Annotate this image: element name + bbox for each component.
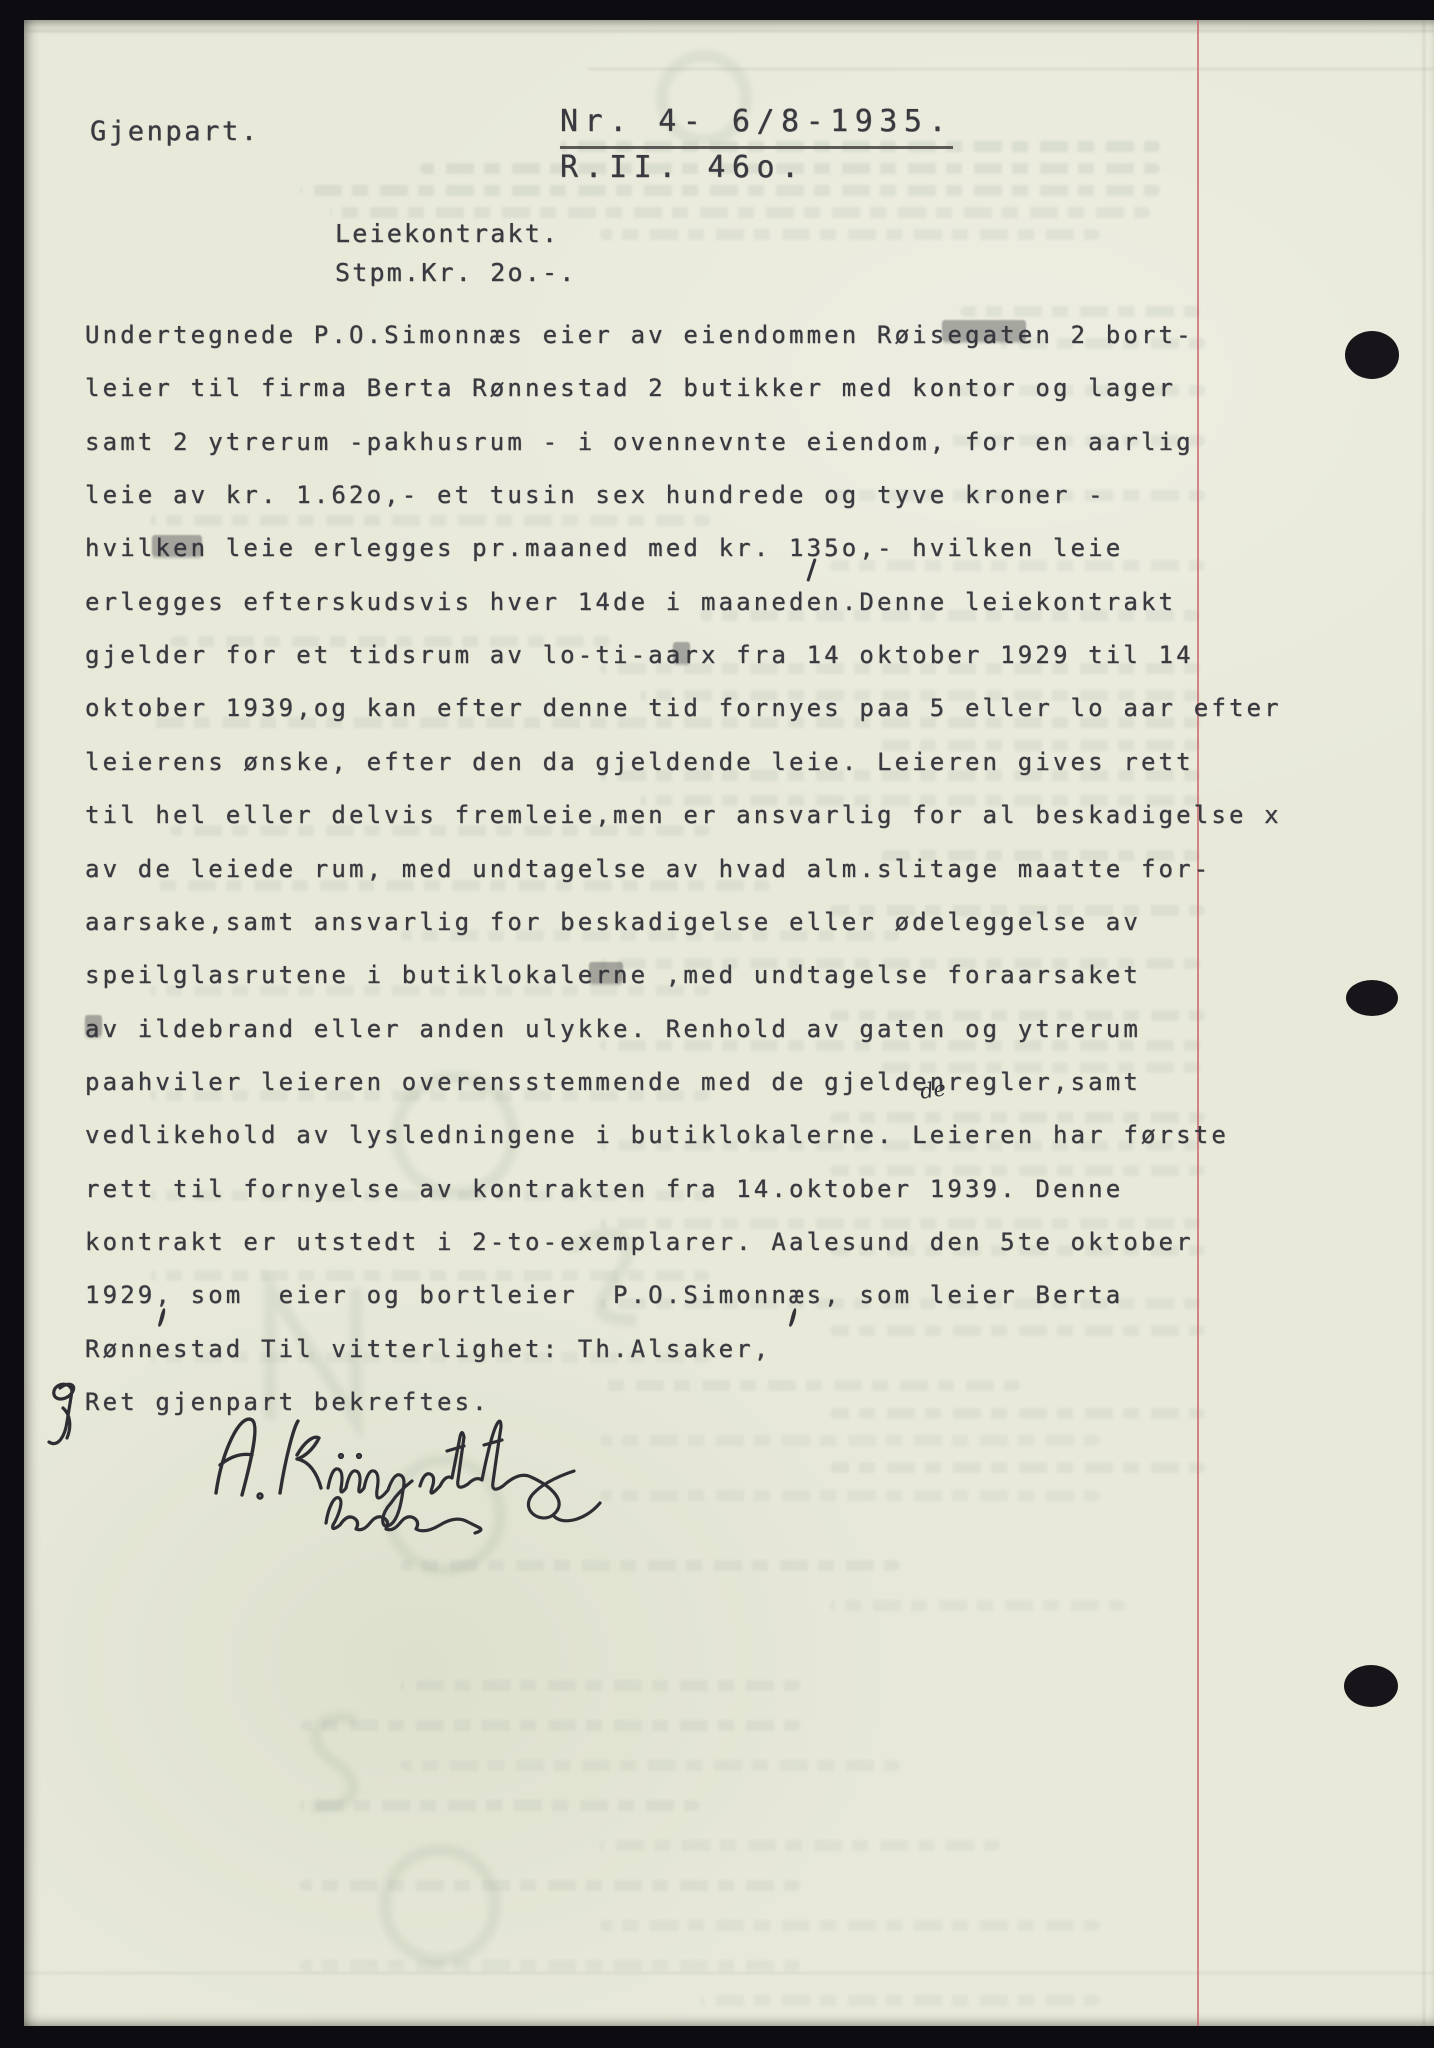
punch-hole [1346,980,1398,1016]
bleedthrough-row [600,1920,1100,1931]
bleedthrough-row [830,1462,1205,1473]
copy-label: Gjenpart. [90,116,260,147]
document-line: oktober 1939,og kan efter denne tid forn… [85,693,1282,723]
document-line: paahviler leieren overensstemmende med d… [85,1067,1141,1097]
bleedthrough-row [600,1840,1000,1851]
journal-number: Nr. 4- 6/8-1935. [560,104,953,149]
paper-crease [24,1972,1434,1974]
punch-hole [1345,331,1399,379]
paper-crease [588,68,1434,70]
bleedthrough-row [830,1325,1205,1336]
document-title: Leiekontrakt. [335,219,559,248]
document-line: aarsake,samt ansvarlig for beskadigelse … [85,907,1141,937]
paper-crease [24,30,1434,32]
margin-paraph-mark [38,1378,86,1458]
bleedthrough-row [300,1720,800,1731]
bleedthrough-row [600,1380,1020,1391]
document-line: Ret gjenpart bekreftes. [85,1387,490,1417]
signature-note [314,1485,494,1545]
document-line: vedlikehold av lysledningene i butikloka… [85,1120,1229,1150]
document-line: erlegges efterskudsvis hver 14de i maane… [85,587,1176,617]
document-line: rett til fornyelse av kontrakten fra 14.… [85,1174,1123,1204]
handwritten-comma-mark [789,1308,797,1327]
document-line: leierens ønske, efter den da gjeldende l… [85,747,1194,777]
bleedthrough-row [400,1560,900,1571]
document-line: leier til firma Berta Rønnestad 2 butikk… [85,373,1176,403]
bleedthrough-row [300,1800,700,1811]
document-line: hvilken leie erlegges pr.maaned med kr. … [85,533,1123,563]
register-number: R.II. 46o. [560,150,806,185]
bleedthrough-row [600,1490,1100,1501]
document-line: av ildebrand eller anden ulykke. Renhold… [85,1014,1141,1044]
bleedthrough-row [830,1600,1125,1611]
paper-crease [1423,20,1425,2026]
bleedthrough-row [830,1408,1205,1419]
document-line: Rønnestad Til vitterlighet: Th.Alsaker, [85,1334,771,1364]
scanner-background: Gjenpart. Nr. 4- 6/8-1935. R.II. 46o. Le… [0,0,1434,2048]
bleedthrough-row [330,207,1150,218]
bleedthrough-row [300,1880,800,1891]
document-page: Gjenpart. Nr. 4- 6/8-1935. R.II. 46o. Le… [24,20,1434,2026]
document-line: gjelder for et tidsrum av lo-ti-aarx fra… [85,640,1194,670]
handwritten-comma-mark [158,1308,166,1327]
bleedthrough-row [300,1960,800,1971]
document-line: 1929, som eier og bortleier P.O.Simonnæs… [85,1280,1123,1310]
document-line: til hel eller delvis fremleie,men er ans… [85,800,1282,830]
bleedthrough-row [400,1760,900,1771]
bleedthrough-row [150,515,710,526]
document-line: samt 2 ytrerum -pakhusrum - i ovennevnte… [85,427,1194,457]
bleedthrough-row [960,306,1200,317]
document-line: Undertegnede P.O.Simonnæs eier av eiendo… [85,320,1194,350]
document-line: av de leiede rum, med undtagelse av hvad… [85,854,1211,884]
signature [200,1393,630,1553]
punch-hole [1344,1665,1398,1707]
bleedthrough-row [400,1680,800,1691]
stamp-duty-line: Stpm.Kr. 2o.-. [335,258,577,287]
document-line: kontrakt er utstedt i 2-to-exemplarer. A… [85,1227,1194,1257]
bleedthrough-row [700,1995,1100,2006]
document-line: leie av kr. 1.62o,- et tusin sex hundred… [85,480,1106,510]
document-line: speilglasrutene i butiklokalerne ,med un… [85,960,1141,990]
bleedthrough-row [600,229,1100,240]
bleedthrough-row [300,185,1160,196]
bleedthrough-row [600,1435,1100,1446]
margin-rule-line [1197,20,1199,2026]
